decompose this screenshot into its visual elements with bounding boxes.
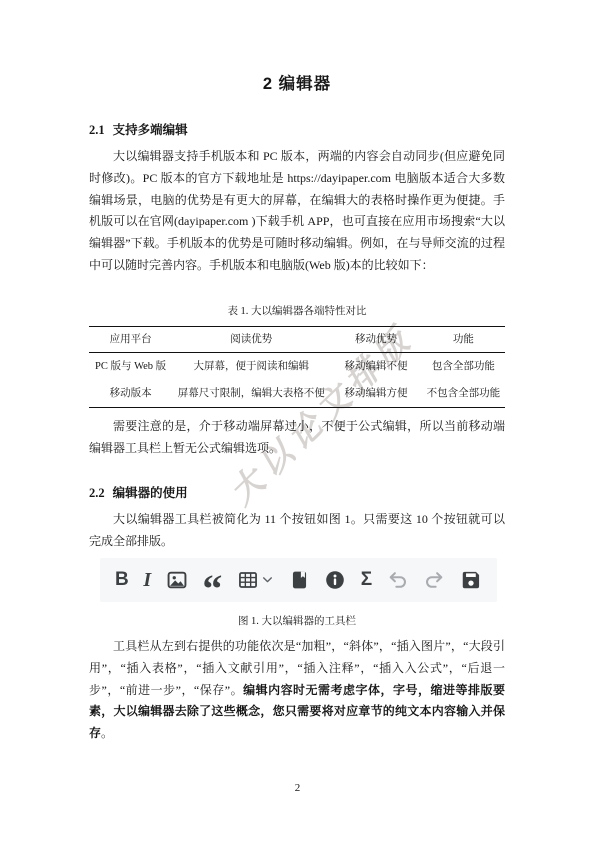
- redo-button: [423, 566, 445, 594]
- bold-icon: B: [115, 566, 129, 594]
- insert-note-button: [324, 566, 346, 594]
- save-icon: [460, 569, 482, 591]
- quote-icon: “: [202, 584, 222, 594]
- table-header-mobility: 移动优势: [330, 326, 422, 352]
- paragraph-toolbar-functions: 工具栏从左到右提供的功能依次是“加粗”，“斜体”，“插入图片”，“大段引用”，“…: [89, 636, 505, 745]
- paragraph-toolbar-intro: 大以编辑器工具栏被简化为 11 个按钮如图 1。只需要这 10 个按钮就可以完成…: [89, 509, 505, 553]
- section-number: 2.2: [89, 486, 105, 500]
- redo-icon: [423, 569, 445, 591]
- table-cell: 移动编辑方便: [330, 380, 422, 408]
- save-button: [460, 566, 482, 594]
- table-header-row: 应用平台 阅读优势 移动优势 功能: [89, 326, 505, 352]
- table-cell: 移动版本: [89, 380, 172, 408]
- table-header-reading: 阅读优势: [172, 326, 330, 352]
- editor-toolbar-figure: B I “: [100, 558, 497, 602]
- table-row: PC 版与 Web 版 大屏幕，便于阅读和编辑 移动编辑不便 包含全部功能: [89, 352, 505, 380]
- info-icon: [324, 569, 346, 591]
- table-header-function: 功能: [422, 326, 505, 352]
- table-cell: 大屏幕，便于阅读和编辑: [172, 352, 330, 380]
- insert-image-button: [166, 566, 188, 594]
- table-row: 移动版本 屏幕尺寸限制，编辑大表格不便 移动编辑方便 不包含全部功能: [89, 380, 505, 408]
- section-heading-label: 支持多端编辑: [113, 123, 188, 137]
- italic-icon: I: [143, 566, 151, 594]
- chevron-down-icon: [261, 573, 274, 586]
- figure-caption: 图 1. 大以编辑器的工具栏: [89, 613, 505, 628]
- table-cell: PC 版与 Web 版: [89, 352, 172, 380]
- page-content: 2 编辑器 2.1支持多端编辑 大以编辑器支持手机版本和 PC 版本，两端的内容…: [0, 0, 595, 842]
- insert-formula-button: Σ: [361, 566, 372, 594]
- paragraph-multidevice: 大以编辑器支持手机版本和 PC 版本，两端的内容会自动同步(但应避免同时修改)。…: [89, 146, 505, 277]
- table-icon: [237, 569, 259, 591]
- section-number: 2.1: [89, 123, 105, 137]
- table-cell: 移动编辑不便: [330, 352, 422, 380]
- table-header-platform: 应用平台: [89, 326, 172, 352]
- insert-table-group: [237, 566, 274, 594]
- table-cell: 屏幕尺寸限制，编辑大表格不便: [172, 380, 330, 408]
- section-heading-2-1: 2.1支持多端编辑: [89, 120, 505, 138]
- comparison-table: 应用平台 阅读优势 移动优势 功能 PC 版与 Web 版 大屏幕，便于阅读和编…: [89, 326, 505, 408]
- table-cell: 不包含全部功能: [422, 380, 505, 408]
- table-dropdown: [261, 566, 274, 594]
- section-heading-label: 编辑器的使用: [113, 486, 188, 500]
- undo-button: [387, 566, 409, 594]
- section-heading-2-2: 2.2编辑器的使用: [89, 483, 505, 501]
- table-cell: 包含全部功能: [422, 352, 505, 380]
- citation-book-icon: [289, 569, 310, 591]
- paragraph-end-punct: 。: [101, 726, 113, 740]
- undo-icon: [387, 569, 409, 591]
- page-title: 2 编辑器: [89, 70, 505, 94]
- block-quote-button: “: [202, 566, 222, 594]
- image-icon: [166, 569, 188, 591]
- document-page: { "doc": { "title": "2 编辑器", "page_numbe…: [0, 0, 595, 842]
- insert-citation-button: [289, 566, 310, 594]
- page-number: 2: [0, 782, 595, 794]
- sigma-icon: Σ: [361, 566, 372, 594]
- table-caption: 表 1. 大以编辑器各端特性对比: [89, 303, 505, 318]
- bold-button: B: [115, 566, 129, 594]
- italic-button: I: [143, 566, 151, 594]
- paragraph-formula-note: 需要注意的是，介于移动端屏幕过小，不便于公式编辑，所以当前移动端编辑器工具栏上暂…: [89, 416, 505, 460]
- insert-table-button: [237, 566, 259, 594]
